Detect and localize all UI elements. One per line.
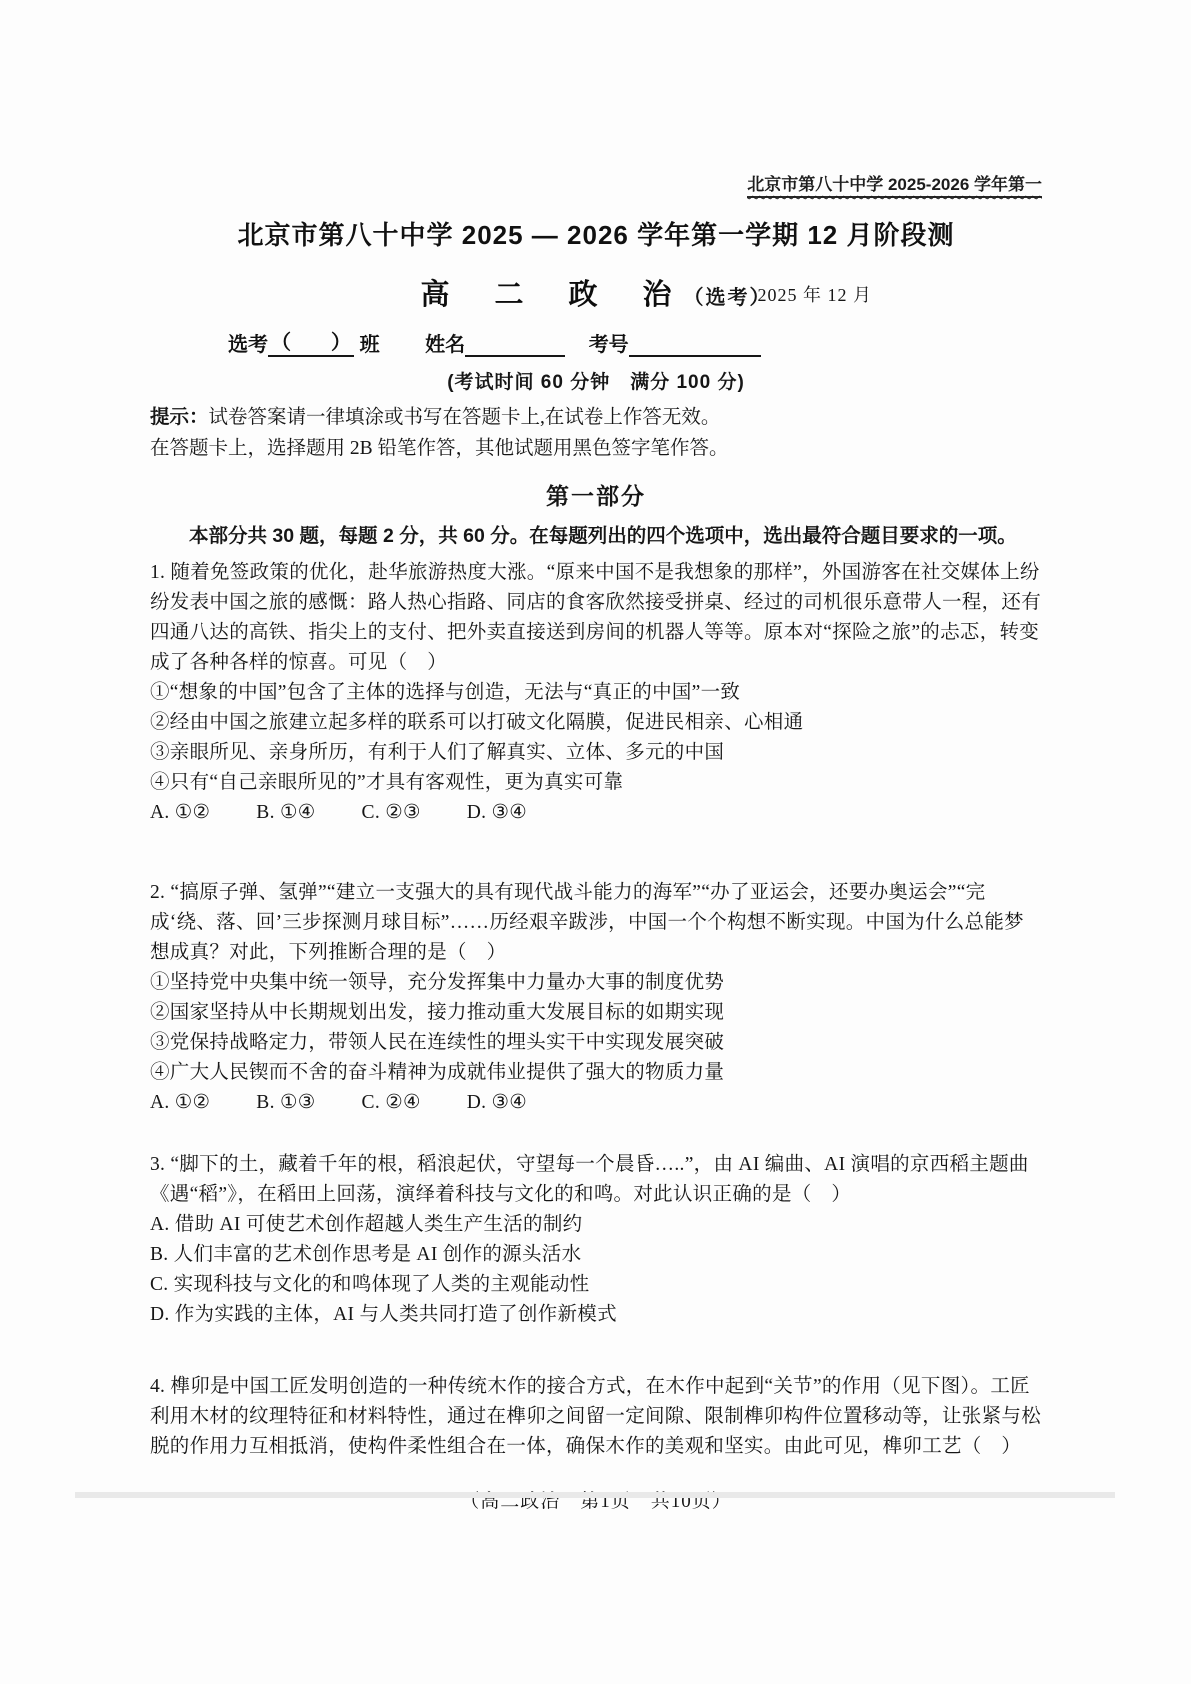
corner-header-note: 北京市第八十中学 2025-2026 学年第一: [150, 170, 1042, 195]
question-item: ③党保持战略定力，带领人民在连续性的埋头实干中实现发展突破: [150, 1028, 1042, 1058]
choice-option: A. ①②: [150, 802, 210, 823]
question-item: A. 借助 AI 可使艺术创作超越人类生产生活的制约: [150, 1210, 1042, 1240]
questions-list: 1. 随着免签政策的优化，赴华旅游热度大涨。“原来中国不是我想象的那样”，外国游…: [150, 558, 1042, 1462]
exam-number-blank: [629, 331, 761, 357]
elective-label: 选考: [228, 334, 268, 356]
question-item: D. 作为实践的主体，AI 与人类共同打造了创作新模式: [150, 1300, 1042, 1330]
question-item: ①“想象的中国”包含了主体的选择与创造，无法与“真正的中国”一致: [150, 678, 1042, 708]
question-4: 4. 榫卯是中国工匠发明创造的一种传统木作的接合方式，在木作中起到“关节”的作用…: [150, 1372, 1042, 1462]
name-label: 姓名: [425, 334, 465, 356]
question-stem: 1. 随着免签政策的优化，赴华旅游热度大涨。“原来中国不是我想象的那样”，外国游…: [150, 558, 1042, 678]
tip-1-text: 试卷答案请一律填涂或书写在答题卡上,在试卷上作答无效。: [209, 407, 721, 428]
subject-title: 高 二 政 治: [420, 279, 679, 311]
choice-option: A. ①②: [150, 1092, 210, 1113]
student-info-row: 选考（ ） 班 姓名 考号: [228, 326, 1042, 357]
class-number-blank: （ ）: [268, 326, 354, 357]
question-item: B. 人们丰富的艺术创作思考是 AI 创作的源头活水: [150, 1240, 1042, 1270]
page-footer: （高二政治 第1页 共10页）: [150, 1486, 1042, 1513]
choice-option: D. ③④: [467, 1092, 527, 1113]
question-2: 2. “搞原子弹、氢弹”“建立一支强大的具有现代战斗能力的海军”“办了亚运会，还…: [150, 878, 1042, 1118]
exam-title: 北京市第八十中学 2025 — 2026 学年第一学期 12 月阶段测: [150, 215, 1042, 252]
subject-row: 高 二 政 治 （选考） 2025 年 12 月: [150, 272, 1042, 312]
question-item: ④只有“自己亲眼所见的”才具有客观性，更为真实可靠: [150, 768, 1042, 798]
question-stem: 4. 榫卯是中国工匠发明创造的一种传统木作的接合方式，在木作中起到“关节”的作用…: [150, 1372, 1042, 1462]
section-title: 第一部分: [150, 478, 1042, 511]
answer-choices: A. ①②B. ①③C. ②④D. ③④: [150, 1088, 1042, 1118]
question-item: ④广大人民锲而不舍的奋斗精神为成就伟业提供了强大的物质力量: [150, 1058, 1042, 1088]
question-item: ②国家坚持从中长期规划出发，接力推动重大发展目标的如期实现: [150, 998, 1042, 1028]
choice-option: C. ②③: [362, 802, 421, 823]
exam-date: 2025 年 12 月: [758, 281, 873, 307]
choice-option: B. ①③: [256, 1092, 315, 1113]
corner-header-text: 北京市第八十中学 2025-2026 学年第一: [747, 175, 1042, 198]
tips-label: 提示：: [150, 406, 209, 428]
choice-option: B. ①④: [256, 802, 315, 823]
instruction-line-1: 提示：试卷答案请一律填涂或书写在答题卡上,在试卷上作答无效。: [150, 402, 1042, 433]
question-stem: 3. “脚下的土，藏着千年的根，稻浪起伏，守望每一个晨昏…..”，由 AI 编曲…: [150, 1150, 1042, 1210]
section-intro: 本部分共 30 题，每题 2 分，共 60 分。在每题列出的四个选项中，选出最符…: [150, 521, 1042, 552]
name-blank: [465, 331, 565, 357]
question-item: ②经由中国之旅建立起多样的联系可以打破文化隔膜，促进民相亲、心相通: [150, 708, 1042, 738]
page-divider-line: [75, 1492, 1115, 1498]
question-stem: 2. “搞原子弹、氢弹”“建立一支强大的具有现代战斗能力的海军”“办了亚运会，还…: [150, 878, 1042, 968]
exam-duration-info: (考试时间 60 分钟 满分 100 分): [150, 367, 1042, 394]
question-item: ③亲眼所见、亲身所历，有利于人们了解真实、立体、多元的中国: [150, 738, 1042, 768]
choice-option: D. ③④: [467, 802, 527, 823]
instruction-line-2: 在答题卡上，选择题用 2B 铅笔作答，其他试题用黑色签字笔作答。: [150, 433, 1042, 464]
question-3: 3. “脚下的土，藏着千年的根，稻浪起伏，守望每一个晨昏…..”，由 AI 编曲…: [150, 1150, 1042, 1330]
class-label: 班: [360, 334, 380, 356]
question-item: ①坚持党中央集中统一领导，充分发挥集中力量办大事的制度优势: [150, 968, 1042, 998]
answer-choices: A. ①②B. ①④C. ②③D. ③④: [150, 798, 1042, 828]
choice-option: C. ②④: [362, 1092, 421, 1113]
exam-paper-page: 北京市第八十中学 2025-2026 学年第一 北京市第八十中学 2025 — …: [0, 0, 1191, 1684]
question-item: C. 实现科技与文化的和鸣体现了人类的主观能动性: [150, 1270, 1042, 1300]
page-content: 北京市第八十中学 2025-2026 学年第一 北京市第八十中学 2025 — …: [150, 0, 1042, 1513]
question-1: 1. 随着免签政策的优化，赴华旅游热度大涨。“原来中国不是我想象的那样”，外国游…: [150, 558, 1042, 828]
instructions: 提示：试卷答案请一律填涂或书写在答题卡上,在试卷上作答无效。 在答题卡上，选择题…: [150, 402, 1042, 464]
exam-number-label: 考号: [589, 334, 629, 356]
